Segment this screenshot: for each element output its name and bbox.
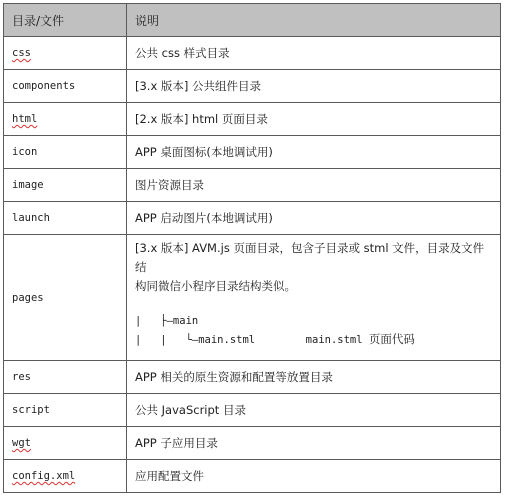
row-description: 应用配置文件 [127,460,501,493]
row-name: components [4,70,127,103]
row-name: wgt [4,427,127,460]
row-description: APP 启动图片(本地调试用) [127,202,501,235]
row-name: res [4,361,127,394]
table-row: icon APP 桌面图标(本地调试用) [4,136,501,169]
row-description: 公共 JavaScript 目录 [127,394,501,427]
table-row: wgt APP 子应用目录 [4,427,501,460]
table-row: res APP 相关的原生资源和配置等放置目录 [4,361,501,394]
table-row: config.xml 应用配置文件 [4,460,501,493]
row-name: pages [4,235,127,361]
row-name: script [4,394,127,427]
row-description: 公共 css 样式目录 [127,37,501,70]
row-description: [3.x 版本] 公共组件目录 [127,70,501,103]
pages-desc-line2: 构同微信小程序目录结构类似。 [135,277,492,296]
table-row: components [3.x 版本] 公共组件目录 [4,70,501,103]
row-description: [2.x 版本] html 页面目录 [127,103,501,136]
row-name: html [4,103,127,136]
row-description: [3.x 版本] AVM.js 页面目录，包含子目录或 stml 文件，目录及文… [127,235,501,361]
table-row: image 图片资源目录 [4,169,501,202]
table-row: launch APP 启动图片(本地调试用) [4,202,501,235]
directory-tree: | ├—main| | └—main.stml main.stml 页面代码 [135,312,492,349]
directory-table: 目录/文件 说明 css 公共 css 样式目录 components [3.x… [3,3,501,493]
tree-line-main: | ├—main [135,312,492,330]
table-row-pages: pages [3.x 版本] AVM.js 页面目录，包含子目录或 stml 文… [4,235,501,361]
table-row: script 公共 JavaScript 目录 [4,394,501,427]
row-description: APP 子应用目录 [127,427,501,460]
tree-line-main-stml: | | └—main.stml main.stml 页面代码 [135,330,492,349]
row-description: APP 桌面图标(本地调试用) [127,136,501,169]
row-name: config.xml [4,460,127,493]
row-name: icon [4,136,127,169]
pages-desc-line1: [3.x 版本] AVM.js 页面目录，包含子目录或 stml 文件，目录及文… [135,239,492,277]
row-name: css [4,37,127,70]
row-description: 图片资源目录 [127,169,501,202]
table-header-row: 目录/文件 说明 [4,4,501,37]
row-name: image [4,169,127,202]
header-description: 说明 [127,4,501,37]
header-directory-file: 目录/文件 [4,4,127,37]
row-name: launch [4,202,127,235]
row-description: APP 相关的原生资源和配置等放置目录 [127,361,501,394]
table-row: css 公共 css 样式目录 [4,37,501,70]
table-row: html [2.x 版本] html 页面目录 [4,103,501,136]
